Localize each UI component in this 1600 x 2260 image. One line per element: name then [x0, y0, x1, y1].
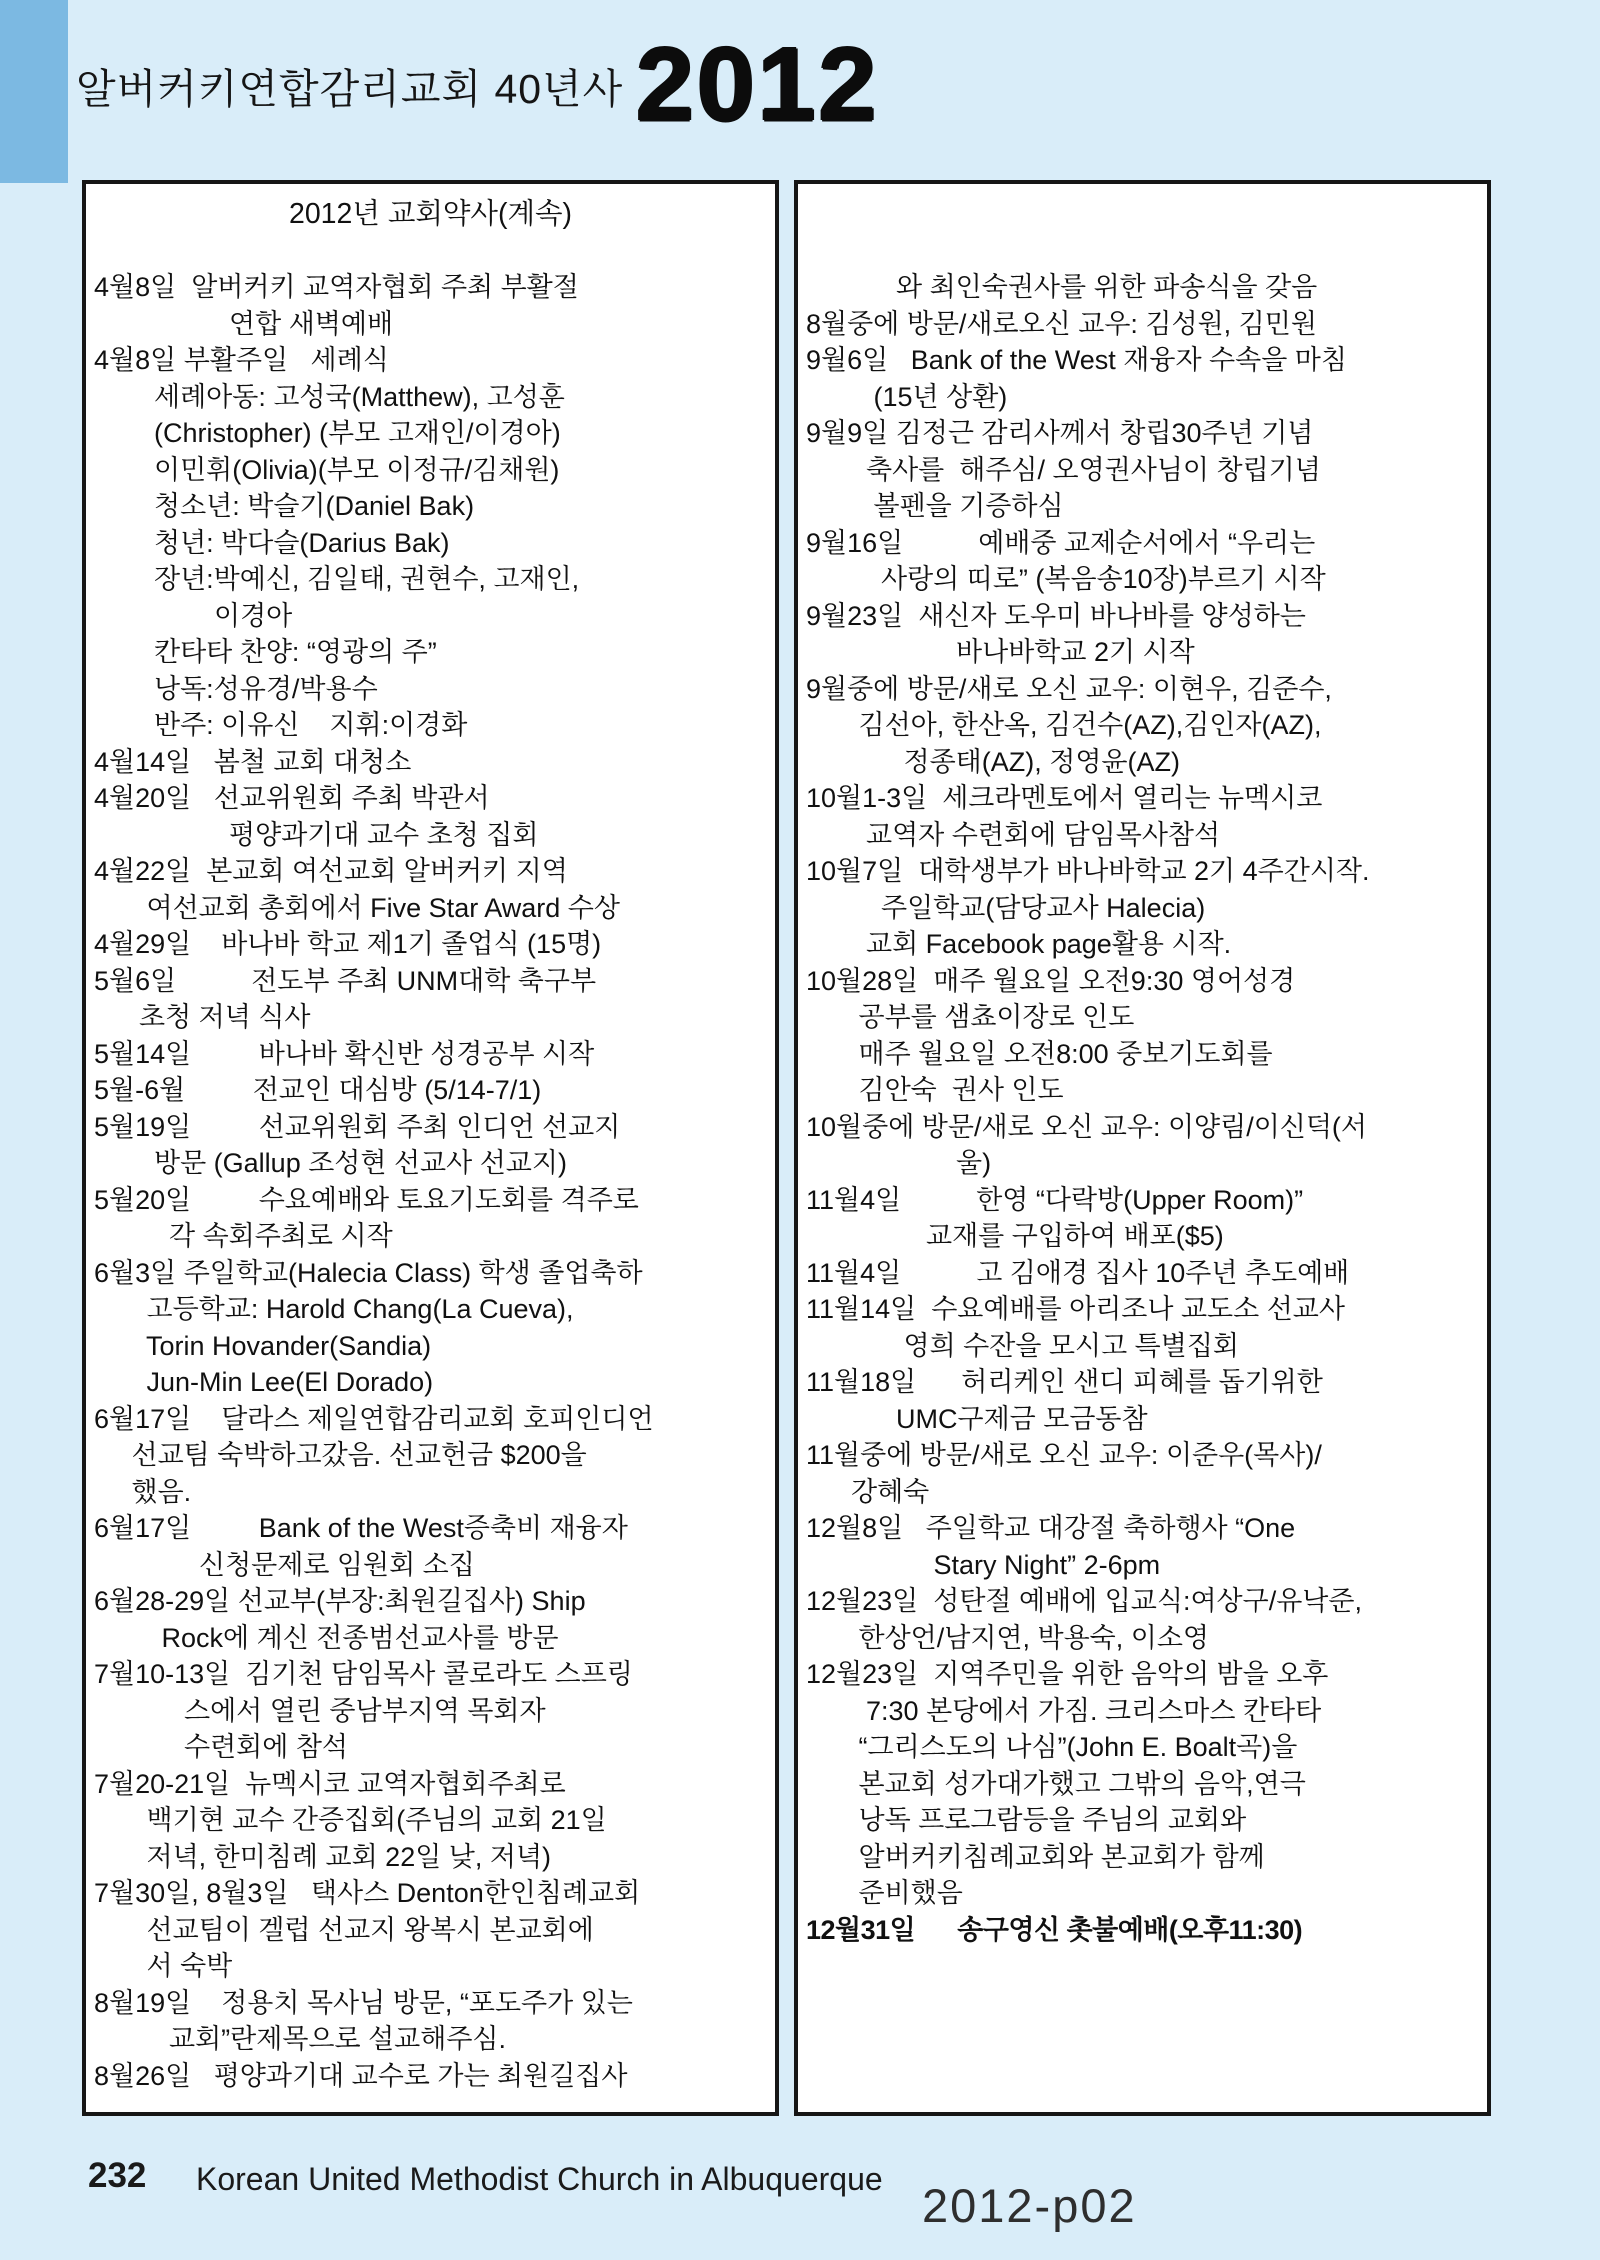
text-line: 반주: 이유신 지휘:이경화: [94, 707, 767, 744]
text-line: 주일학교(담당교사 Halecia): [806, 890, 1479, 927]
text-line: 바나바학교 2기 시작: [806, 634, 1479, 671]
left-column-box: 2012년 교회약사(계속) 4월8일 알버커키 교역자협회 주최 부활절 연합…: [82, 180, 779, 2116]
text-line: 정종태(AZ), 정영윤(AZ): [806, 744, 1479, 781]
text-line: 볼펜을 기증하심: [806, 488, 1479, 525]
text-line: 8월19일 정용치 목사님 방문, “포도주가 있는: [94, 1985, 767, 2022]
text-line: 한상언/남지연, 박용숙, 이소영: [806, 1620, 1479, 1657]
page-label: 2012-p02: [922, 2178, 1137, 2233]
text-line: 6월17일 달라스 제일연합감리교회 호피인디언: [94, 1401, 767, 1438]
page-number: 232: [88, 2156, 146, 2196]
text-line: 12월31일 송구영신 촛불예배(오후11:30): [806, 1912, 1479, 1949]
text-line: 낭독 프로그람등을 주님의 교회와: [806, 1802, 1479, 1839]
text-line: 5월-6월 전교인 대심방 (5/14-7/1): [94, 1072, 767, 1109]
text-line: 4월8일 알버커키 교역자협회 주최 부활절: [94, 269, 767, 306]
text-line: 11월18일 허리케인 샌디 피혜를 돕기위한: [806, 1364, 1479, 1401]
text-line: 4월8일 부활주일 세례식: [94, 342, 767, 379]
text-line: 사랑의 띠로” (복음송10장)부르기 시작: [806, 561, 1479, 598]
text-line: 7월10-13일 김기천 담임목사 콜로라도 스프링: [94, 1656, 767, 1693]
text-line: 신청문제로 임원회 소집: [94, 1547, 767, 1584]
text-line: 9월6일 Bank of the West 재융자 수속을 마침: [806, 342, 1479, 379]
text-line: “그리스도의 나심”(John E. Boalt곡)을: [806, 1729, 1479, 1766]
text-line: 고등학교: Harold Chang(La Cueva),: [94, 1291, 767, 1328]
text-line: 연합 새벽예배: [94, 306, 767, 343]
text-line: 4월29일 바나바 학교 제1기 졸업식 (15명): [94, 926, 767, 963]
text-line: 11월14일 수요예배를 아리조나 교도소 선교사: [806, 1291, 1479, 1328]
corner-decoration: [0, 0, 68, 183]
text-line: 저녁, 한미침례 교회 22일 낮, 저녁): [94, 1839, 767, 1876]
text-line: 축사를 해주심/ 오영권사님이 창립기념: [806, 452, 1479, 489]
text-line: 세례아동: 고성국(Matthew), 고성훈: [94, 379, 767, 416]
text-line: 교역자 수련회에 담임목사참석: [806, 817, 1479, 854]
text-line: 6월17일 Bank of the West증축비 재융자: [94, 1510, 767, 1547]
text-line: (Christopher) (부모 고재인/이경아): [94, 415, 767, 452]
text-line: 본교회 성가대가했고 그밖의 음악,연극: [806, 1766, 1479, 1803]
text-line: 12월23일 성탄절 예배에 입교식:여상구/유낙준,: [806, 1583, 1479, 1620]
text-line: 10월중에 방문/새로 오신 교우: 이양림/이신덕(서: [806, 1109, 1479, 1146]
text-line: 김선아, 한산옥, 김건수(AZ),김인자(AZ),: [806, 707, 1479, 744]
text-line: 선교팀 숙박하고갔음. 선교헌금 $200을: [94, 1437, 767, 1474]
text-line: 5월14일 바나바 확신반 성경공부 시작: [94, 1036, 767, 1073]
text-line: 교재를 구입하여 배포($5): [806, 1218, 1479, 1255]
text-line: 평양과기대 교수 초청 집회: [94, 817, 767, 854]
text-line: 공부를 샘쵸이장로 인도: [806, 999, 1479, 1036]
text-line: 백기현 교수 간증집회(주님의 교회 21일: [94, 1802, 767, 1839]
text-line: 이경아: [94, 598, 767, 635]
text-line: 교회”란제목으로 설교해주심.: [94, 2021, 767, 2058]
text-line: 김안숙 권사 인도: [806, 1072, 1479, 1109]
text-line: 10월1-3일 세크라멘토에서 열리는 뉴멕시코: [806, 780, 1479, 817]
text-line: (15년 상환): [806, 379, 1479, 416]
text-line: 영희 수잔을 모시고 특별집회: [806, 1328, 1479, 1365]
text-line: 강혜숙: [806, 1474, 1479, 1511]
text-line: 4월22일 본교회 여선교회 알버커키 지역: [94, 853, 767, 890]
text-line: 9월16일 예배중 교제순서에서 “우리는: [806, 525, 1479, 562]
text-line: 12월23일 지역주민을 위한 음악의 밤을 오후: [806, 1656, 1479, 1693]
text-line: 준비했음: [806, 1875, 1479, 1912]
text-line: 8월중에 방문/새로오신 교우: 김성원, 김민원: [806, 306, 1479, 343]
text-line: 9월9일 김정근 감리사께서 창립30주년 기념: [806, 415, 1479, 452]
book-title: 알버커키연합감리교회 40년사: [76, 56, 623, 115]
text-line: 낭독:성유경/박용수: [94, 671, 767, 708]
text-line: 6월3일 주일학교(Halecia Class) 학생 졸업축하: [94, 1255, 767, 1292]
right-column-box: 와 최인숙권사를 위한 파송식을 갖음8월중에 방문/새로오신 교우: 김성원,…: [794, 180, 1491, 2116]
text-line: 7월30일, 8월3일 택사스 Denton한인침례교회: [94, 1875, 767, 1912]
text-line: 5월19일 선교위원회 주최 인디언 선교지: [94, 1109, 767, 1146]
document-page: 알버커키연합감리교회 40년사 2012 2012년 교회약사(계속) 4월8일…: [0, 0, 1600, 2260]
text-line: 칸타타 찬양: “영광의 주”: [94, 634, 767, 671]
text-line: 선교팀이 겔럽 선교지 왕복시 본교회에: [94, 1912, 767, 1949]
text-line: 매주 월요일 오전8:00 중보기도회를: [806, 1036, 1479, 1073]
column-title: 2012년 교회약사(계속): [94, 196, 767, 233]
text-line: 9월중에 방문/새로 오신 교우: 이현우, 김준수,: [806, 671, 1479, 708]
text-line: 10월7일 대학생부가 바나바학교 2기 4주간시작.: [806, 853, 1479, 890]
text-line: 알버커키침례교회와 본교회가 함께: [806, 1839, 1479, 1876]
text-line: 스에서 열린 중남부지역 목회자: [94, 1693, 767, 1730]
year-heading: 2012: [636, 26, 879, 145]
text-line: 12월8일 주일학교 대강절 축하행사 “One: [806, 1510, 1479, 1547]
text-line: 11월4일 고 김애경 집사 10주년 추도예배: [806, 1255, 1479, 1292]
text-line: Stary Night” 2-6pm: [806, 1547, 1479, 1584]
text-line: 10월28일 매주 월요일 오전9:30 영어성경: [806, 963, 1479, 1000]
text-line: 방문 (Gallup 조성현 선교사 선교지): [94, 1145, 767, 1182]
text-line: 4월14일 봄철 교회 대청소: [94, 744, 767, 781]
text-line: 했음.: [94, 1474, 767, 1511]
text-line: 교회 Facebook page활용 시작.: [806, 926, 1479, 963]
text-line: 11월중에 방문/새로 오신 교우: 이준우(목사)/: [806, 1437, 1479, 1474]
text-line: Rock에 계신 전종범선교사를 방문: [94, 1620, 767, 1657]
church-name: Korean United Methodist Church in Albuqu…: [196, 2161, 883, 2198]
text-line: 5월6일 전도부 주최 UNM대학 축구부: [94, 963, 767, 1000]
right-column-lines: 와 최인숙권사를 위한 파송식을 갖음8월중에 방문/새로오신 교우: 김성원,…: [806, 269, 1479, 1948]
text-line: 청년: 박다슬(Darius Bak): [94, 525, 767, 562]
text-line: 여선교회 총회에서 Five Star Award 수상: [94, 890, 767, 927]
text-line: 4월20일 선교위원회 주최 박관서: [94, 780, 767, 817]
text-line: 수련회에 참석: [94, 1729, 767, 1766]
text-line: 7:30 본당에서 가짐. 크리스마스 칸타타: [806, 1693, 1479, 1730]
text-line: 서 숙박: [94, 1948, 767, 1985]
text-line: 초청 저녁 식사: [94, 999, 767, 1036]
text-line: 장년:박예신, 김일태, 권현수, 고재인,: [94, 561, 767, 598]
text-line: UMC구제금 모금동참: [806, 1401, 1479, 1438]
text-line: 5월20일 수요예배와 토요기도회를 격주로: [94, 1182, 767, 1219]
text-line: 11월4일 한영 “다락방(Upper Room)”: [806, 1182, 1479, 1219]
text-line: Jun-Min Lee(El Dorado): [94, 1364, 767, 1401]
text-line: 와 최인숙권사를 위한 파송식을 갖음: [806, 269, 1479, 306]
text-line: 청소년: 박슬기(Daniel Bak): [94, 488, 767, 525]
left-column-lines: 4월8일 알버커키 교역자협회 주최 부활절 연합 새벽예배4월8일 부활주일 …: [94, 269, 767, 2094]
text-line: 8월26일 평양과기대 교수로 가는 최원길집사: [94, 2058, 767, 2095]
text-line: 이민휘(Olivia)(부모 이정규/김채원): [94, 452, 767, 489]
text-line: 7월20-21일 뉴멕시코 교역자협회주최로: [94, 1766, 767, 1803]
text-line: 9월23일 새신자 도우미 바나바를 양성하는: [806, 598, 1479, 635]
text-line: 울): [806, 1145, 1479, 1182]
text-line: Torin Hovander(Sandia): [94, 1328, 767, 1365]
text-line: 6월28-29일 선교부(부장:최원길집사) Ship: [94, 1583, 767, 1620]
text-line: 각 속회주최로 시작: [94, 1218, 767, 1255]
